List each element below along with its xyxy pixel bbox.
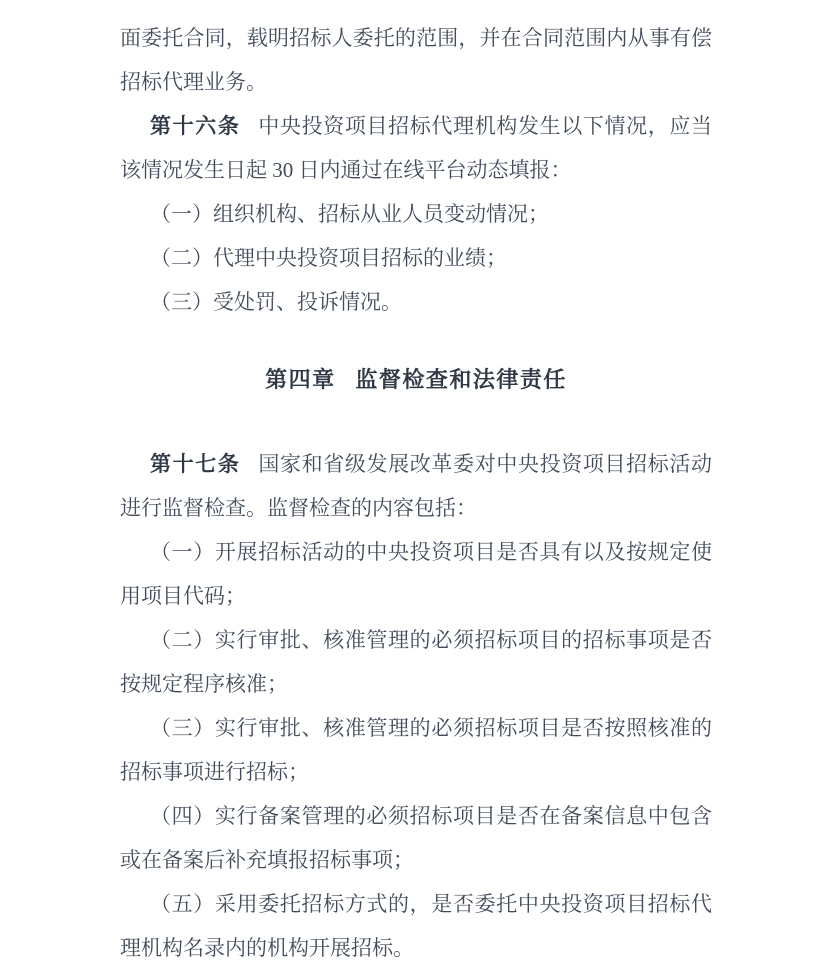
article-17-label: 第十七条 bbox=[150, 452, 241, 476]
article-17-item-1: （一）开展招标活动的中央投资项目是否具有以及按规定使用项目代码； bbox=[120, 530, 712, 618]
article-17-paragraph: 第十七条国家和省级发展改革委对中央投资项目招标活动进行监督检查。监督检查的内容包… bbox=[120, 442, 712, 530]
article-16-item-1: （一）组织机构、招标从业人员变动情况； bbox=[120, 192, 712, 236]
article-17-item-5: （五）采用委托招标方式的，是否委托中央投资项目招标代理机构名录内的机构开展招标。 bbox=[120, 882, 712, 970]
article-16-item-3: （三）受处罚、投诉情况。 bbox=[120, 280, 712, 324]
chapter-4-heading: 第四章监督检查和法律责任 bbox=[120, 358, 712, 402]
document-page: 面委托合同，载明招标人委托的范围，并在合同范围内从事有偿招标代理业务。 第十六条… bbox=[0, 0, 827, 975]
article-16-item-2: （二）代理中央投资项目招标的业绩； bbox=[120, 236, 712, 280]
continuation-paragraph: 面委托合同，载明招标人委托的范围，并在合同范围内从事有偿招标代理业务。 bbox=[120, 16, 712, 104]
article-16-paragraph: 第十六条中央投资项目招标代理机构发生以下情况，应当该情况发生日起 30 日内通过… bbox=[120, 104, 712, 192]
chapter-4-title: 监督检查和法律责任 bbox=[355, 367, 567, 392]
article-17-item-2: （二）实行审批、核准管理的必须招标项目的招标事项是否按规定程序核准； bbox=[120, 618, 712, 706]
article-17-item-4: （四）实行备案管理的必须招标项目是否在备案信息中包含或在备案后补充填报招标事项； bbox=[120, 794, 712, 882]
article-16-label: 第十六条 bbox=[150, 114, 241, 138]
chapter-4-number: 第四章 bbox=[265, 367, 336, 392]
article-17-item-3: （三）实行审批、核准管理的必须招标项目是否按照核准的招标事项进行招标； bbox=[120, 706, 712, 794]
